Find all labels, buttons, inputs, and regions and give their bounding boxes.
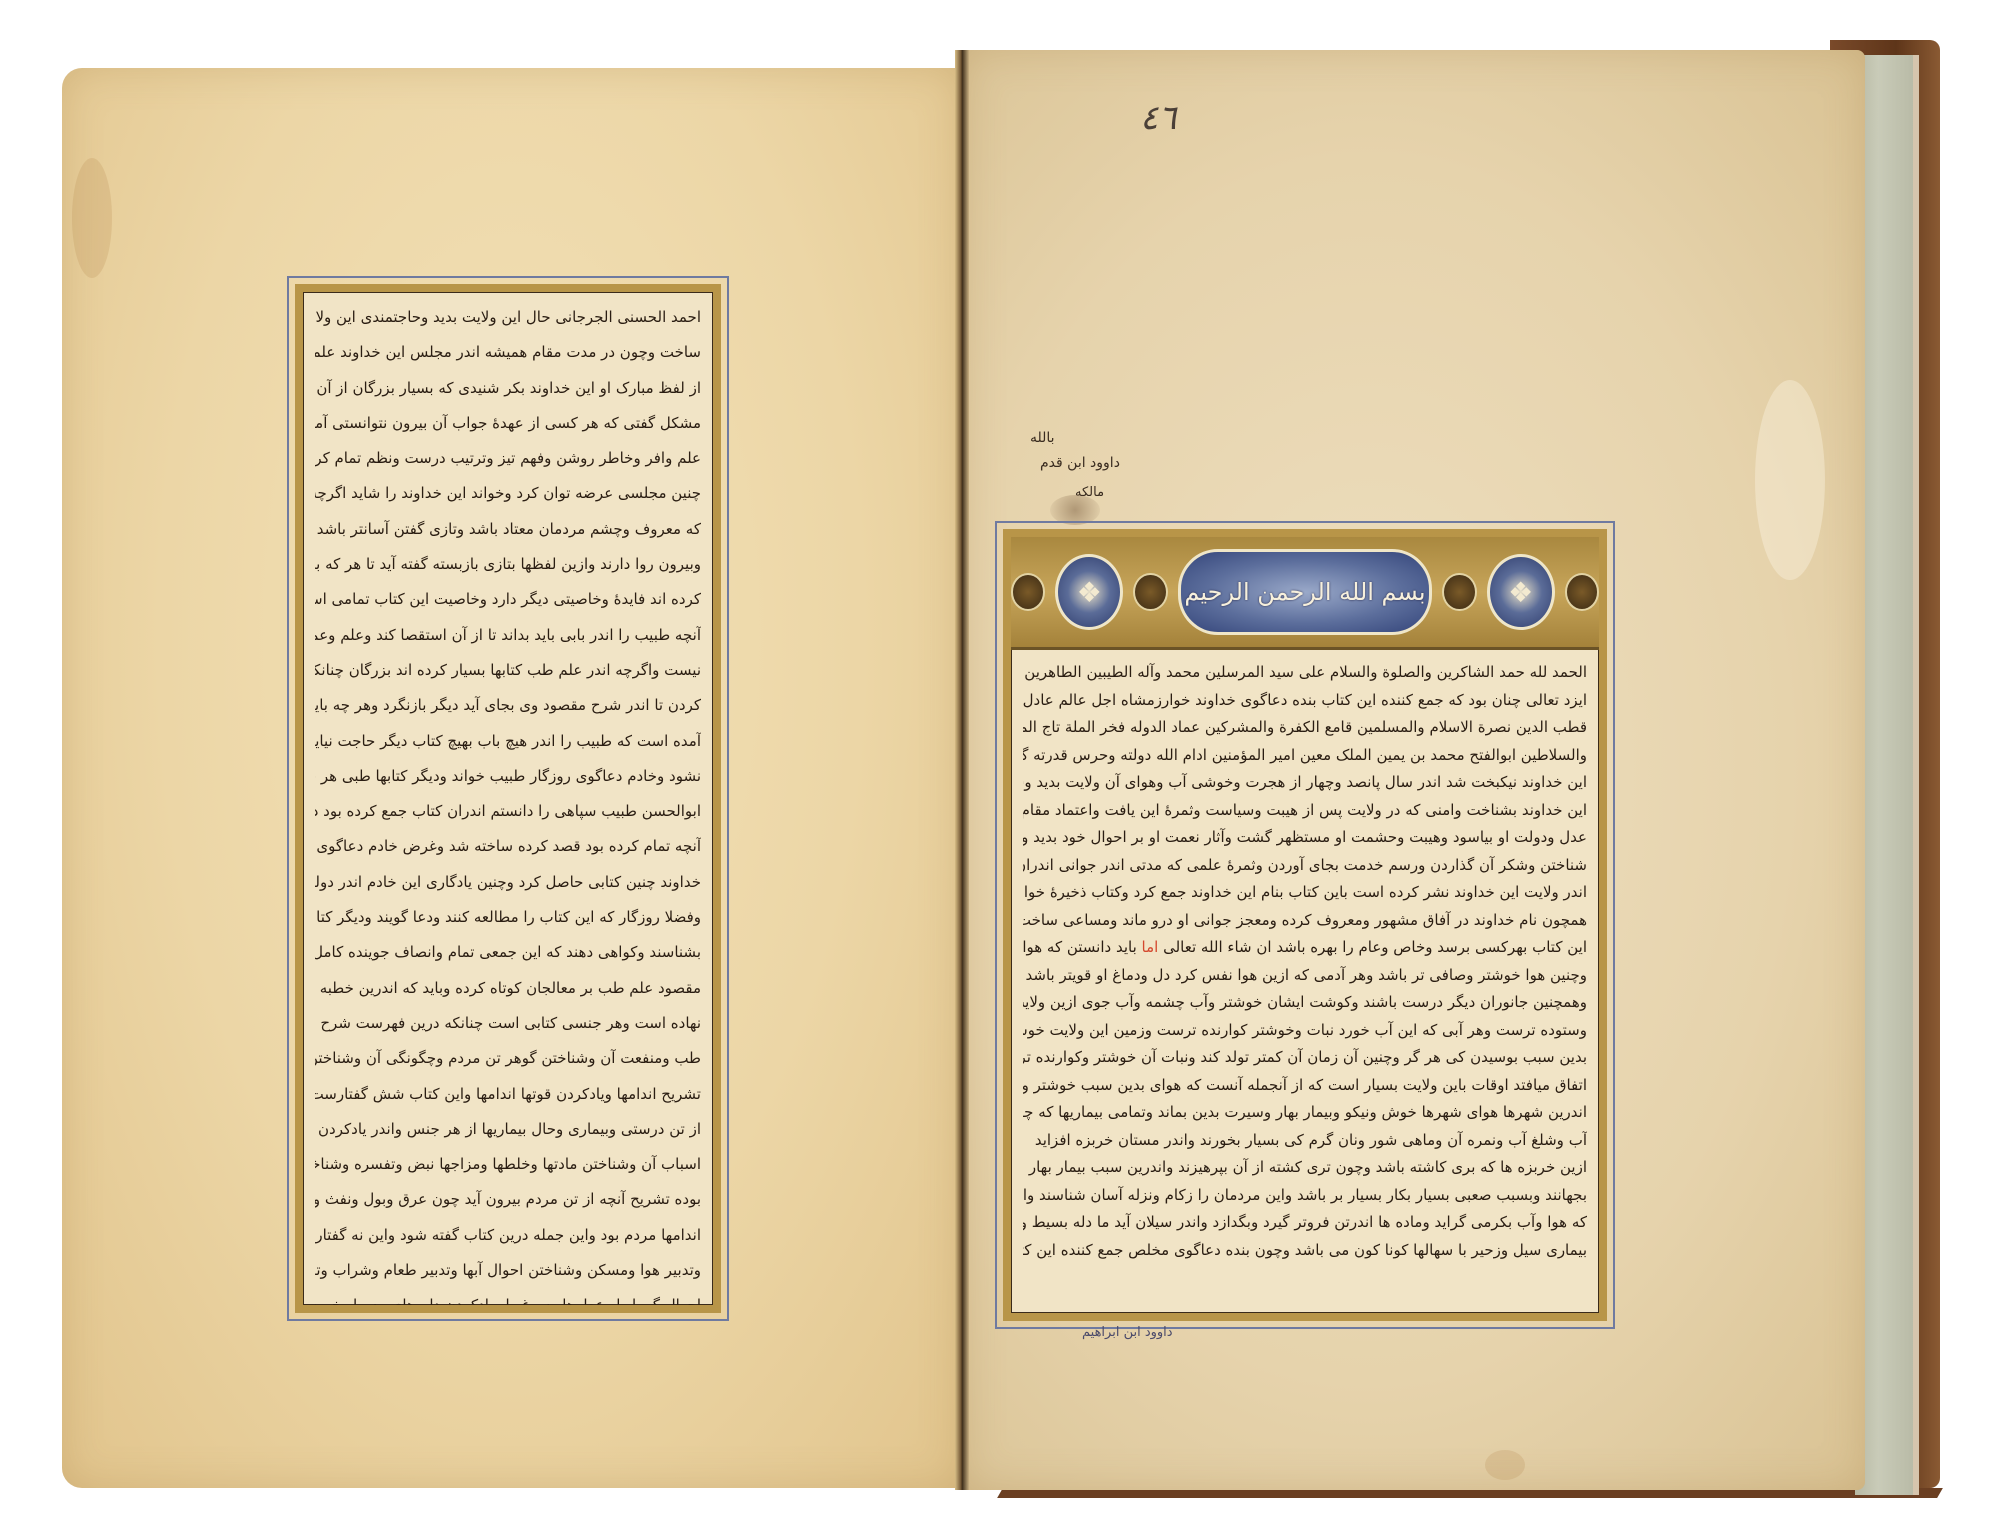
water-stain (72, 158, 112, 278)
folio-number: ٤٦ (1140, 98, 1177, 138)
text-line: بوده تشريح آنچه از تن مردم بيرون آيد چون… (315, 1182, 701, 1217)
text-line: آنچه تمام کرده بود قصد کرده ساخته شد وغر… (315, 829, 701, 864)
text-line: الحمد لله حمد الشاکرين والصلوة والسلام ع… (1023, 659, 1587, 687)
text-line: مقصود علم طب بر معالجان کوتاه کرده وبايد… (315, 971, 701, 1006)
text-line: اين خداوند نيکبخت شد اندر سال پانصد وچها… (1023, 769, 1587, 797)
text-line: خداوند چنين کتابی حاصل کرد وچنين يادگاری… (315, 865, 701, 900)
text-line: وبيرون روا دارند وازين لفظها بتازی بازبس… (315, 547, 701, 582)
marginal-note: داوود ابن قدم (1040, 455, 1120, 471)
text-line: والسلاطين ابوالفتح محمد بن يمين الملک مع… (1023, 742, 1587, 770)
text-line: آب وشلغ آب ونمره آن وماهی شور ونان گرم ک… (1023, 1127, 1587, 1155)
text-line: که هوا وآب بکرمی گرايد وماده ها اندرتن ف… (1023, 1209, 1587, 1237)
text-line: کرده اند فايدهٔ وخاصيتی ديگر دارد وخاصيت… (315, 582, 701, 617)
text-line: احوال گرمابها وعطرها وسرغبها ويادکردن دا… (315, 1288, 701, 1313)
text-line: از تن درستی وبيماری وحال بيماريها از هر … (315, 1112, 701, 1147)
text-line: نهاده است وهر جنسی کتابی است چنانکه درين… (315, 1006, 701, 1041)
basmala-cartouche: بسم الله الرحمن الرحيم (1178, 549, 1433, 635)
right-text-block: الحمد لله حمد الشاکرين والصلوة والسلام ع… (1023, 659, 1587, 1305)
text-line: اندر ولايت اين خداوند نشر کرده است باين … (1023, 879, 1587, 907)
text-line: که معروف وچشم مردمان معتاد باشد وتازی گف… (315, 512, 701, 547)
text-line: همچون نام خداوند در آفاق مشهور ومعروف کر… (1023, 907, 1587, 935)
text-line: بدين سبب بوسيدن کی هر گر وچنين آن زمان آ… (1023, 1044, 1587, 1072)
text-line: اندرين شهرها هوای شهرها خوش ونيکو وبيمار… (1023, 1099, 1587, 1127)
text-line: وستوده ترست وهر آبی که اين آب خورد نبات … (1023, 1017, 1587, 1045)
paper-repair (1755, 380, 1825, 580)
text-line: مشکل گفتی که هر کسی از عهدهٔ جواب آن بير… (315, 406, 701, 441)
text-line: آنچه طبيب را اندر بابی بايد بداند تا از … (315, 618, 701, 653)
book-gutter (955, 50, 969, 1490)
rosette-medallion-icon: ❖ (1055, 554, 1123, 630)
text-line: نيست واگرچه اندر علم طب کتابها بسيار کرد… (315, 653, 701, 688)
text-line: بيماری سيل وزحير با سهالها کونا کون می ب… (1023, 1237, 1587, 1265)
text-line: کردن تا اندر شرح مقصود وی بجای آيد ديگر … (315, 688, 701, 723)
text-line: ازين خربزه ها که بری کاشته باشد وچون تری… (1023, 1154, 1587, 1182)
text-line: علم وافر وخاطر روشن وفهم تيز وترتيب درست… (315, 441, 701, 476)
text-line: ابوالحسن طبيب سپاهی را دانستم اندران کتا… (315, 794, 701, 829)
rosette-medallion-icon: ❖ (1487, 554, 1555, 630)
text-line: نشود وخادم دعاگوی روزگار طبيب خواند وديگ… (315, 759, 701, 794)
text-line: اين کتاب بهرکسی برسد وخاص وعام را بهره ب… (1023, 934, 1587, 962)
text-line: اسباب آن وشناختن مادتها وخلطها ومزاجها ن… (315, 1147, 701, 1182)
gold-roundel (1011, 573, 1045, 611)
text-line: طب ومنفعت آن وشناختن گوهر تن مردم وچگونگ… (315, 1041, 701, 1076)
left-text-block: احمد الحسنی الجرجانی حال اين ولايت بديد … (315, 300, 701, 1297)
text-line: بجهانند وبسبب صعبی بسيار بکار بسيار بر ب… (1023, 1182, 1587, 1210)
right-text-panel: ❖ بسم الله الرحمن الرحيم ❖ الحمد لله حمد… (1003, 529, 1607, 1321)
text-line: اندامها مردم بود واين جمله درين کتاب گفت… (315, 1218, 701, 1253)
text-line: تشريح اندامها ويادکردن قوتها اندامها واي… (315, 1077, 701, 1112)
right-text-frame: ❖ بسم الله الرحمن الرحيم ❖ الحمد لله حمد… (995, 521, 1615, 1329)
gold-roundel (1565, 573, 1599, 611)
text-line: احمد الحسنی الجرجانی حال اين ولايت بديد … (315, 300, 701, 335)
gold-roundel (1442, 573, 1476, 611)
bottom-marginal-note: داوود ابن ابراهيم (1082, 1325, 1173, 1340)
text-line: شناختن وشکر آن گذاردن ورسم خدمت بجای آور… (1023, 852, 1587, 880)
text-line: چنين مجلسی عرضه توان کرد وخواند اين خداو… (315, 476, 701, 511)
text-line: اتفاق ميافتد اوقات باين ولايت بسيار است … (1023, 1072, 1587, 1100)
left-text-frame: احمد الحسنی الجرجانی حال اين ولايت بديد … (287, 276, 729, 1321)
text-line: قطب الدين نصرة الاسلام والمسلمين قامع ال… (1023, 714, 1587, 742)
marginal-note: بالله (1030, 430, 1055, 446)
text-line: عدل ودولت او بياسود وهيبت وحشمت او مستظه… (1023, 824, 1587, 852)
text-line: وچنين هوا خوشتر وصافی تر باشد وهر آدمی ک… (1023, 962, 1587, 990)
text-line: وهمچنين جانوران ديگر درست باشند وکوشت اي… (1023, 989, 1587, 1017)
text-line: بشناسند وکواهی دهند که اين جمعی تمام وان… (315, 935, 701, 970)
text-line: وفضلا روزگار که اين کتاب را مطالعه کنند … (315, 900, 701, 935)
text-line: اين خداوند بشناخت وامنی که در ولايت پس ا… (1023, 797, 1587, 825)
text-line: ساخت وچون در مدت مقام هميشه اندر مجلس اي… (315, 335, 701, 370)
basmala-text: بسم الله الرحمن الرحيم (1184, 578, 1425, 606)
text-line: ايزد تعالی چنان بود که جمع کننده اين کتا… (1023, 687, 1587, 715)
gold-roundel (1133, 573, 1167, 611)
rubric-marker: اما (1142, 938, 1159, 956)
open-manuscript: احمد الحسنی الجرجانی حال اين ولايت بديد … (0, 0, 2000, 1535)
text-line: آمده است که طبيب را اندر هيچ باب بهيچ کت… (315, 724, 701, 759)
left-text-panel: احمد الحسنی الجرجانی حال اين ولايت بديد … (295, 284, 721, 1313)
illuminated-headpiece: ❖ بسم الله الرحمن الرحيم ❖ (1011, 537, 1599, 650)
text-line: وتدبير هوا ومسکن وشناختن احوال آبها وتدب… (315, 1253, 701, 1288)
foxing-spot (1485, 1450, 1525, 1480)
text-line: از لفظ مبارک او اين خداوند بکر شنيدی که … (315, 371, 701, 406)
